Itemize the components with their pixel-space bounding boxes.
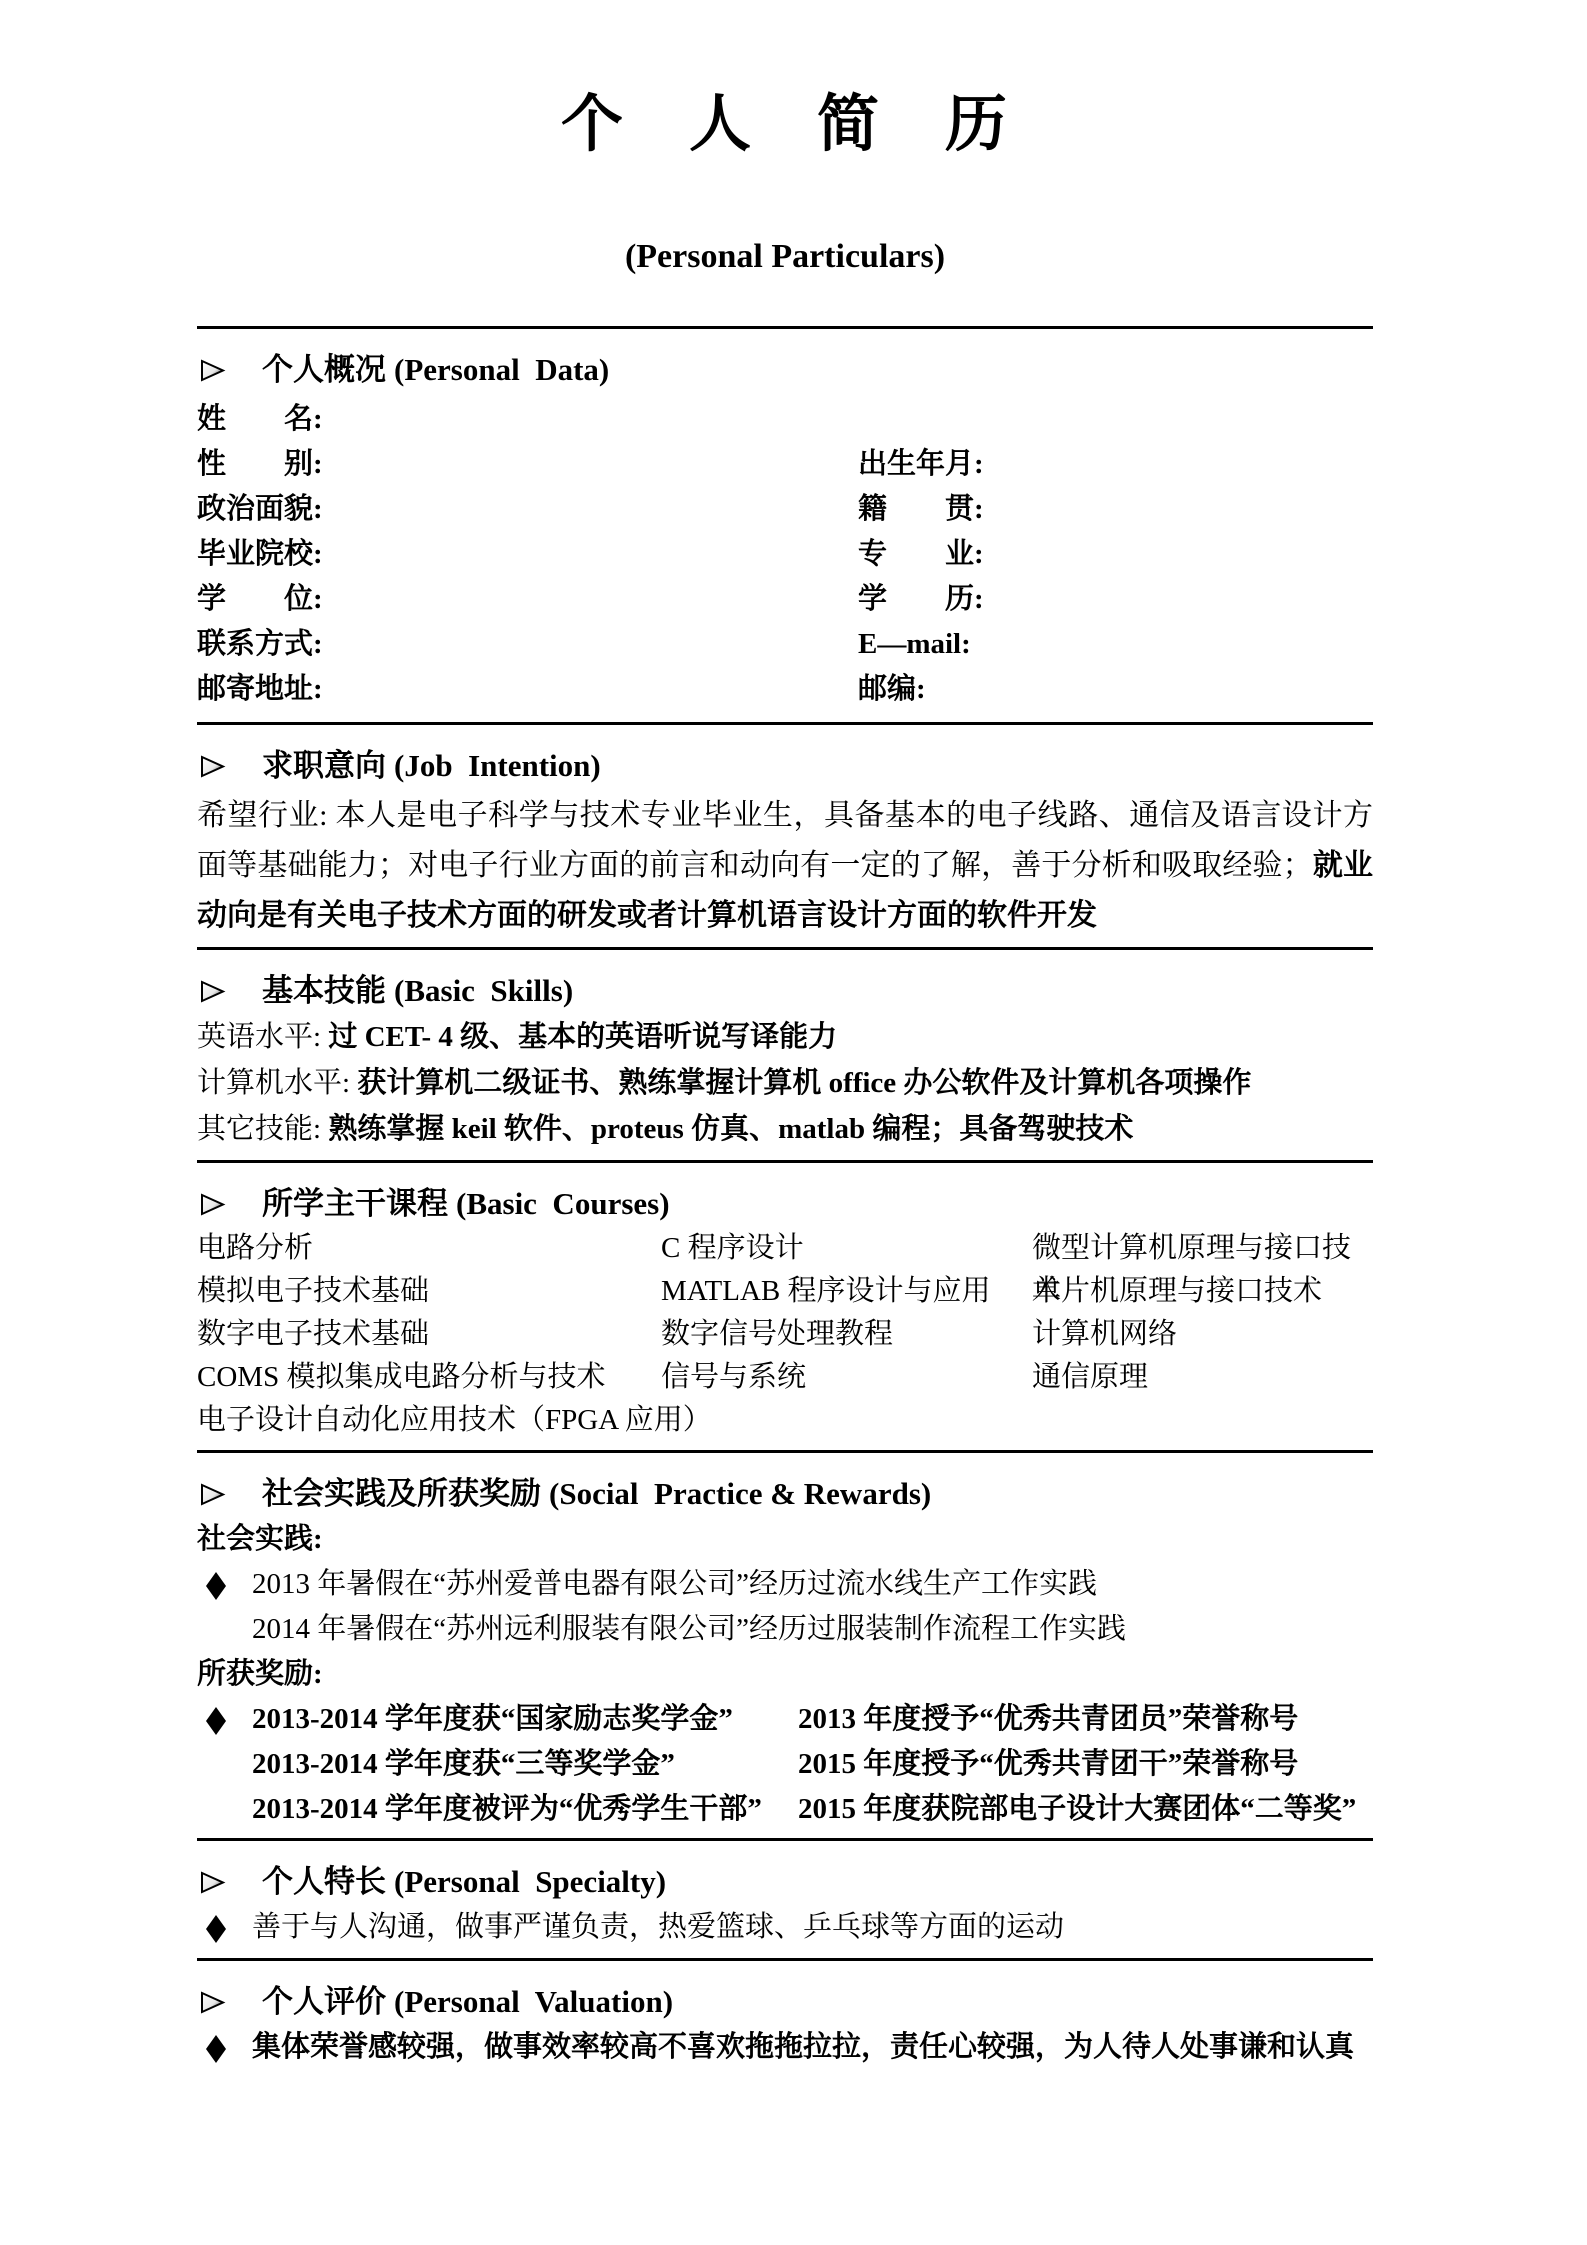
course-row: 模拟电子技术基础 MATLAB 程序设计与应用 单片机原理与接口技术 bbox=[197, 1270, 1373, 1313]
skill-content: 过 CET- 4 级、基本的英语听说写译能力 bbox=[328, 1021, 837, 1053]
section-heading-basic-skills: 基本技能(Basic Skills) bbox=[197, 968, 1373, 1014]
divider bbox=[197, 1160, 1373, 1163]
practice-text: 2014 年暑假在“苏州远利服装有限公司”经历过服装制作流程工作实践 bbox=[252, 1613, 1126, 1645]
course-item: C 程序设计 bbox=[661, 1227, 804, 1270]
arrow-bullet-icon bbox=[199, 357, 226, 384]
course-item: 信号与系统 bbox=[661, 1356, 806, 1399]
course-item: MATLAB 程序设计与应用 bbox=[661, 1270, 990, 1313]
arrow-bullet-icon bbox=[199, 753, 226, 780]
field-label-address: 邮寄地址: bbox=[197, 673, 323, 705]
job-intention-paragraph: 希望行业: 本人是电子科学与技术专业毕业生，具备基本的电子线路、通信及语言设计方… bbox=[197, 791, 1373, 941]
section-heading-social: 社会实践及所获奖励(Social Practice & Rewards) bbox=[197, 1471, 1373, 1517]
section-heading-en: (Job Intention) bbox=[394, 748, 601, 783]
reward-row: 2013-2014 学年度获“三等奖学金” 2015 年度授予“优秀共青团干”荣… bbox=[197, 1742, 1373, 1787]
section-heading-en: (Personal Valuation) bbox=[394, 1984, 673, 2019]
rewards-label: 所获奖励: bbox=[197, 1652, 1373, 1697]
field-label-contact: 联系方式: bbox=[197, 628, 323, 660]
reward-row: 2013-2014 学年度被评为“优秀学生干部” 2015 年度获院部电子设计大… bbox=[197, 1787, 1373, 1832]
field-label-birthdate: 出生年月: bbox=[858, 442, 984, 487]
field-row: 学 位: 学 历: bbox=[197, 577, 1373, 622]
course-row: 电子设计自动化应用技术（FPGA 应用） bbox=[197, 1399, 1373, 1442]
practice-item: 2013 年暑假在“苏州爱普电器有限公司”经历过流水线生产工作实践 bbox=[197, 1562, 1373, 1607]
section-heading-cn: 求职意向 bbox=[262, 748, 386, 783]
skill-content: 熟练掌握 keil 软件、proteus 仿真、matlab 编程；具备驾驶技术 bbox=[328, 1113, 1133, 1145]
course-item: 数字信号处理教程 bbox=[661, 1313, 893, 1356]
skill-line-other: 其它技能: 熟练掌握 keil 软件、proteus 仿真、matlab 编程；… bbox=[197, 1106, 1373, 1152]
divider bbox=[197, 1838, 1373, 1841]
reward-right: 2015 年度获院部电子设计大赛团体“二等奖” bbox=[798, 1787, 1356, 1832]
skill-content: 获计算机二级证书、熟练掌握计算机 office 办公软件及计算机各项操作 bbox=[357, 1067, 1251, 1099]
divider bbox=[197, 1958, 1373, 1961]
section-heading-job-intention: 求职意向(Job Intention) bbox=[197, 743, 1373, 789]
document-content: 个 人 简 历 (Personal Particulars) 个人概况(Pers… bbox=[197, 0, 1373, 2070]
section-heading-en: (Personal Data) bbox=[394, 352, 609, 387]
field-label-name: 姓 名: bbox=[197, 403, 323, 435]
field-label-native-place: 籍 贯: bbox=[858, 487, 984, 532]
practice-text: 2013 年暑假在“苏州爱普电器有限公司”经历过流水线生产工作实践 bbox=[252, 1568, 1097, 1600]
divider bbox=[197, 326, 1373, 329]
section-heading-cn: 社会实践及所获奖励 bbox=[262, 1476, 541, 1511]
course-item: 电子设计自动化应用技术（FPGA 应用） bbox=[197, 1404, 712, 1436]
course-item: 单片机原理与接口技术 bbox=[1032, 1270, 1322, 1313]
specialty-item: 善于与人沟通，做事严谨负责，热爱篮球、乒乓球等方面的运动 bbox=[197, 1905, 1373, 1950]
field-label-degree: 学 位: bbox=[197, 583, 323, 615]
job-intention-text: 希望行业: 本人是电子科学与技术专业毕业生，具备基本的电子线路、通信及语言设计方… bbox=[197, 799, 1373, 882]
skill-label: 其它技能: bbox=[197, 1113, 328, 1145]
field-row: 毕业院校: 专 业: bbox=[197, 532, 1373, 577]
course-item: COMS 模拟集成电路分析与技术 bbox=[197, 1361, 605, 1393]
section-heading-en: (Basic Courses) bbox=[456, 1186, 670, 1221]
field-row: 政治面貌: 籍 贯: bbox=[197, 487, 1373, 532]
arrow-bullet-icon bbox=[199, 978, 226, 1005]
divider bbox=[197, 722, 1373, 725]
personal-data-fields: 姓 名: 性 别: 出生年月: 政治面貌: 籍 贯: 毕业院校: 专 业: 学 … bbox=[197, 397, 1373, 712]
arrow-bullet-icon bbox=[199, 1481, 226, 1508]
practice-label: 社会实践: bbox=[197, 1517, 1373, 1562]
field-row: 联系方式: E—mail: bbox=[197, 622, 1373, 667]
field-row: 姓 名: bbox=[197, 397, 1373, 442]
arrow-bullet-icon bbox=[199, 1989, 226, 2016]
section-heading-personal-data: 个人概况(Personal Data) bbox=[197, 347, 1373, 393]
course-row: COMS 模拟集成电路分析与技术 信号与系统 通信原理 bbox=[197, 1356, 1373, 1399]
field-label-gender: 性 别: bbox=[197, 448, 323, 480]
reward-row: 2013-2014 学年度获“国家励志奖学金” 2013 年度授予“优秀共青团员… bbox=[197, 1697, 1373, 1742]
course-item: 通信原理 bbox=[1032, 1356, 1148, 1399]
course-item: 电路分析 bbox=[197, 1232, 313, 1264]
field-row: 邮寄地址: 邮编: bbox=[197, 667, 1373, 712]
field-label-political-status: 政治面貌: bbox=[197, 493, 323, 525]
section-heading-specialty: 个人特长(Personal Specialty) bbox=[197, 1859, 1373, 1905]
reward-left: 2013-2014 学年度获“三等奖学金” bbox=[252, 1748, 675, 1780]
section-heading-en: (Personal Specialty) bbox=[394, 1864, 666, 1899]
course-row: 数字电子技术基础 数字信号处理教程 计算机网络 bbox=[197, 1313, 1373, 1356]
valuation-text: 集体荣誉感较强，做事效率较高不喜欢拖拖拉拉，责任心较强，为人待人处事谦和认真 bbox=[252, 2031, 1354, 2063]
skill-line-english: 英语水平: 过 CET- 4 级、基本的英语听说写译能力 bbox=[197, 1014, 1373, 1060]
field-row: 性 别: 出生年月: bbox=[197, 442, 1373, 487]
valuation-item: 集体荣誉感较强，做事效率较高不喜欢拖拖拉拉，责任心较强，为人待人处事谦和认真 bbox=[197, 2025, 1373, 2070]
section-heading-cn: 所学主干课程 bbox=[262, 1186, 448, 1221]
reward-right: 2015 年度授予“优秀共青团干”荣誉称号 bbox=[798, 1742, 1298, 1787]
diamond-bullet-icon bbox=[205, 1706, 227, 1736]
field-label-email: E—mail: bbox=[858, 622, 971, 667]
skill-label: 英语水平: bbox=[197, 1021, 328, 1053]
section-heading-cn: 个人特长 bbox=[262, 1864, 386, 1899]
field-label-school: 毕业院校: bbox=[197, 538, 323, 570]
divider bbox=[197, 947, 1373, 950]
reward-right: 2013 年度授予“优秀共青团员”荣誉称号 bbox=[798, 1697, 1298, 1742]
section-heading-valuation: 个人评价(Personal Valuation) bbox=[197, 1979, 1373, 2025]
section-heading-cn: 个人概况 bbox=[262, 352, 386, 387]
skill-label: 计算机水平: bbox=[197, 1067, 357, 1099]
practice-item: 2014 年暑假在“苏州远利服装有限公司”经历过服装制作流程工作实践 bbox=[197, 1607, 1373, 1652]
course-item: 模拟电子技术基础 bbox=[197, 1275, 429, 1307]
reward-left: 2013-2014 学年度获“国家励志奖学金” bbox=[252, 1703, 733, 1735]
course-item: 计算机网络 bbox=[1032, 1313, 1177, 1356]
diamond-bullet-icon bbox=[205, 1571, 227, 1601]
field-label-major: 专 业: bbox=[858, 532, 984, 577]
document-page: 个 人 简 历 (Personal Particulars) 个人概况(Pers… bbox=[0, 0, 1587, 2245]
section-heading-cn: 个人评价 bbox=[262, 1984, 386, 2019]
arrow-bullet-icon bbox=[199, 1869, 226, 1896]
field-label-education: 学 历: bbox=[858, 577, 984, 622]
field-label-zipcode: 邮编: bbox=[858, 667, 926, 712]
page-subtitle: (Personal Particulars) bbox=[197, 234, 1373, 280]
course-item: 数字电子技术基础 bbox=[197, 1318, 429, 1350]
section-heading-courses: 所学主干课程(Basic Courses) bbox=[197, 1181, 1373, 1227]
divider bbox=[197, 1450, 1373, 1453]
reward-left: 2013-2014 学年度被评为“优秀学生干部” bbox=[252, 1793, 762, 1825]
skill-line-computer: 计算机水平: 获计算机二级证书、熟练掌握计算机 office 办公软件及计算机各… bbox=[197, 1060, 1373, 1106]
section-heading-en: (Social Practice & Rewards) bbox=[549, 1476, 931, 1511]
arrow-bullet-icon bbox=[199, 1191, 226, 1218]
section-heading-en: (Basic Skills) bbox=[394, 973, 573, 1008]
section-heading-cn: 基本技能 bbox=[262, 973, 386, 1008]
page-title: 个 人 简 历 bbox=[197, 86, 1373, 164]
course-row: 电路分析 C 程序设计 微型计算机原理与接口技术 bbox=[197, 1227, 1373, 1270]
diamond-bullet-icon bbox=[205, 1914, 227, 1944]
diamond-bullet-icon bbox=[205, 2034, 227, 2064]
specialty-text: 善于与人沟通，做事严谨负责，热爱篮球、乒乓球等方面的运动 bbox=[252, 1911, 1064, 1943]
